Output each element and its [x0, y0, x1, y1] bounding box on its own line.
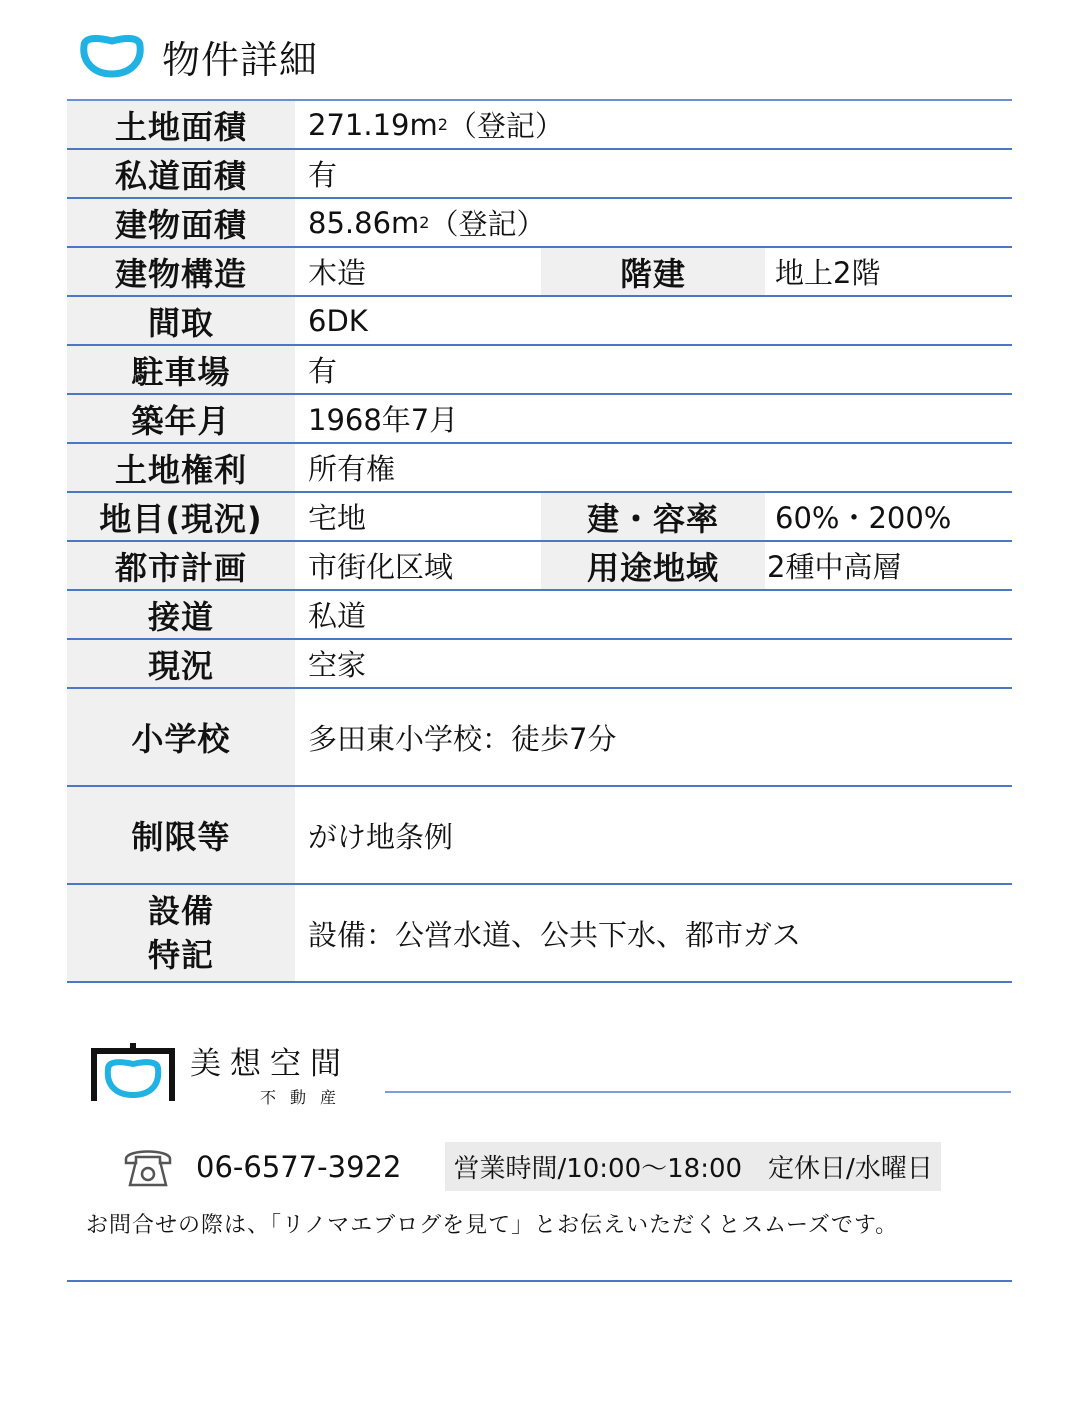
label-line-1: 設備: [148, 889, 214, 933]
row-label: 建物面積: [67, 199, 295, 246]
company-logo-icon: [90, 1043, 176, 1101]
area-unit-sup: 2: [419, 213, 429, 232]
business-hours: 営業時間/10:00〜18:00 定休日/水曜日: [445, 1142, 940, 1191]
table-row: 地目(現況) 宅地 建・容率 60%・200%: [67, 493, 1012, 542]
row-value: 空家: [295, 640, 1012, 687]
row-label: 小学校: [67, 689, 295, 785]
contact-info: 06-6577-3922 営業時間/10:00〜18:00 定休日/水曜日: [122, 1142, 941, 1191]
row-label: 土地面積: [67, 101, 295, 148]
row-value: 85.86m2（登記）: [295, 199, 1012, 246]
row-label: 制限等: [67, 787, 295, 883]
row-value: 1968年7月: [295, 395, 1012, 442]
table-row: 設備 特記 設備：公営水道、公共下水、都市ガス: [67, 885, 1012, 983]
page-header: 物件詳細: [76, 28, 318, 84]
row-value: 木造: [295, 248, 541, 295]
row-label: 建物構造: [67, 248, 295, 295]
company-subtitle: 不動産: [190, 1085, 350, 1108]
label-line-2: 特記: [148, 933, 214, 977]
row-value: 宅地: [295, 493, 541, 540]
row-value-secondary: 2種中高層: [765, 542, 1012, 589]
area-suffix: （登記）: [429, 202, 545, 243]
inquiry-note: お問合せの際は、「リノマエブログを見て」とお伝えいただくとスムーズです。: [86, 1208, 898, 1239]
area-number: 85.86m: [308, 206, 419, 240]
table-row: 土地権利 所有権: [67, 444, 1012, 493]
page-title: 物件詳細: [162, 29, 318, 84]
row-value-secondary: 60%・200%: [765, 493, 1012, 540]
table-row: 土地面積 271.19m2（登記）: [67, 101, 1012, 150]
table-row: 制限等 がけ地条例: [67, 787, 1012, 885]
bean-logo-icon: [76, 32, 148, 80]
company-name: 美想空間: [190, 1045, 350, 1083]
row-value: 市街化区域: [295, 542, 541, 589]
table-row: 小学校 多田東小学校：徒歩7分: [67, 689, 1012, 787]
row-value: 有: [295, 346, 1012, 393]
row-label: 接道: [67, 591, 295, 638]
row-value: 271.19m2（登記）: [295, 101, 1012, 148]
table-row: 建物面積 85.86m2（登記）: [67, 199, 1012, 248]
row-label: 設備 特記: [67, 885, 295, 981]
row-label: 地目(現況): [67, 493, 295, 540]
row-label: 都市計画: [67, 542, 295, 589]
row-value: 多田東小学校：徒歩7分: [295, 689, 1012, 785]
row-value-secondary: 地上2階: [765, 248, 1012, 295]
divider: [385, 1091, 1011, 1093]
table-row: 築年月 1968年7月: [67, 395, 1012, 444]
company-branding: 美想空間 不動産: [90, 1043, 350, 1108]
table-row: 駐車場 有: [67, 346, 1012, 395]
row-label-secondary: 階建: [541, 248, 765, 295]
area-number: 271.19m: [308, 108, 438, 142]
row-value: 有: [295, 150, 1012, 197]
area-suffix: （登記）: [448, 104, 564, 145]
row-label: 現況: [67, 640, 295, 687]
row-label: 土地権利: [67, 444, 295, 491]
table-row: 間取 6DK: [67, 297, 1012, 346]
telephone-icon: [122, 1145, 174, 1189]
table-row: 私道面積 有: [67, 150, 1012, 199]
phone-number[interactable]: 06-6577-3922: [196, 1150, 401, 1184]
row-label-secondary: 建・容率: [541, 493, 765, 540]
table-row: 建物構造 木造 階建 地上2階: [67, 248, 1012, 297]
row-label: 駐車場: [67, 346, 295, 393]
row-value: 所有権: [295, 444, 1012, 491]
row-value: 6DK: [295, 297, 1012, 344]
row-label: 私道面積: [67, 150, 295, 197]
row-value: 私道: [295, 591, 1012, 638]
row-label: 間取: [67, 297, 295, 344]
divider: [67, 1280, 1012, 1282]
property-details-table: 土地面積 271.19m2（登記） 私道面積 有 建物面積 85.86m2（登記…: [67, 99, 1012, 983]
row-value: がけ地条例: [295, 787, 1012, 883]
row-value: 設備：公営水道、公共下水、都市ガス: [295, 885, 1012, 981]
row-label: 築年月: [67, 395, 295, 442]
table-row: 接道 私道: [67, 591, 1012, 640]
table-row: 都市計画 市街化区域 用途地域 2種中高層: [67, 542, 1012, 591]
row-label-secondary: 用途地域: [541, 542, 765, 589]
area-unit-sup: 2: [438, 115, 448, 134]
table-row: 現況 空家: [67, 640, 1012, 689]
